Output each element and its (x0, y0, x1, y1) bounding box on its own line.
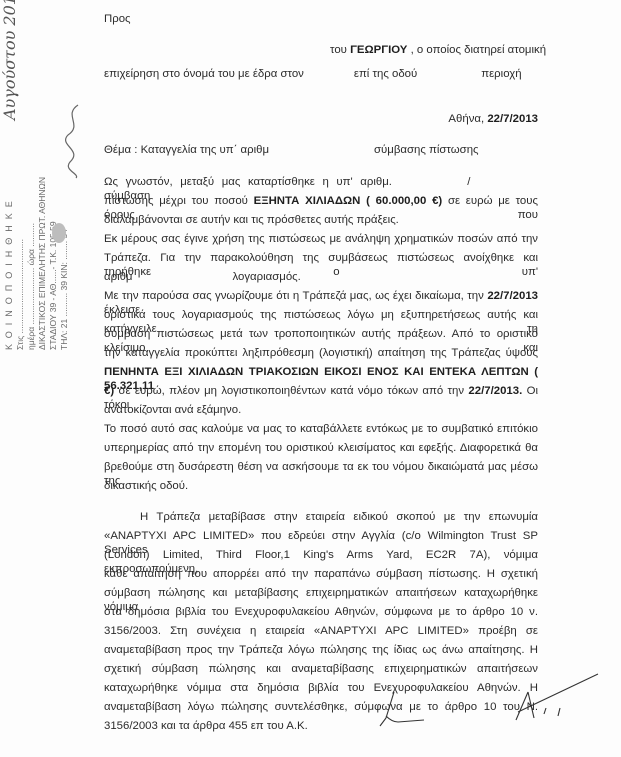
stamp-row-time: ημέρα ........................ ώρα .....… (26, 60, 37, 350)
p5-line-11: αναμεταβίβαση λόγω πώλησης συντελέσθηκε,… (104, 700, 538, 714)
p5-line-12: 3156/2003 και τα άρθρα 455 επ του Α.Κ. (104, 719, 538, 733)
signature-2-icon (500, 672, 610, 722)
document-page: ΚΟΙΝΟΠΟΙΗΘΗΚΕ Στις .....................… (0, 0, 621, 757)
stamp-signature-icon (58, 100, 88, 180)
addressee-father-name: ΓΕΩΡΓΙΟΥ (350, 44, 407, 56)
p2-line-1: Εκ μέρους σας έγινε χρήση της πιστώσεως … (104, 232, 538, 246)
addressee-line-2: επιχείρηση στο όνομά του με έδρα στονεπί… (104, 67, 538, 81)
p5-line-6: στα δημόσια βιβλία του Ενεχυροφυλακείου … (104, 605, 538, 619)
p5-line-7: 3156/2003. Στη συνέχεια η εταιρεία «ANAP… (104, 624, 538, 638)
letter-date: 22/7/2013 (487, 113, 538, 125)
p2-line-3: αριθμλογαριασμός. (104, 270, 538, 284)
addressee-line-1: του ΓΕΩΡΓΙΟΥ , ο οποίος διατηρεί ατομική (330, 43, 538, 57)
credit-amount: ΕΞΗΝΤΑ ΧΙΛΙΑΔΩΝ ( 60.000,00 €) (254, 195, 443, 207)
p4-line-2: υπερημερίας από την επομένη του οριστικο… (104, 441, 538, 455)
p1-line-3: διαλαμβάνονται σε αυτήν και τις πρόσθετε… (104, 213, 538, 227)
handwritten-date: Αυγούστου 2013 (0, 0, 19, 120)
p3-line-7: ανατοκίζονται ανά εξάμηνο. (104, 403, 538, 417)
p4-line-1: Το ποσό αυτό σας καλούμε να μας το καταβ… (104, 422, 538, 436)
p5-line-8: αναμεταβίβαση προς την Τράπεζα λόγω πώλη… (104, 643, 538, 657)
signature-1-icon (372, 688, 432, 728)
p3-line-4: την καταγγελία προκύπτει ληξιπρόθεσμη (λ… (104, 346, 538, 360)
stamp-ink-blot (52, 223, 66, 243)
subject-line: Θέμα : Καταγγελία της υπ΄ αριθμσύμβασης … (104, 143, 538, 157)
place-date: Αθήνα, 22/7/2013 (104, 112, 538, 126)
p5-line-9: σχετική σύμβαση πώλησης και αναμεταβίβασ… (104, 662, 538, 676)
stamp-row-officer: ΔΙΚΑΣΤΙΚΟΣ ΕΠΙΜΕΛΗΤΗΣ ΠΡΩΤ. ΑΘΗΝΩΝ (37, 60, 48, 350)
p5-line-10: καταχωρήθηκε νόμιμα στα δημόσια βιβλία τ… (104, 681, 538, 695)
p4-line-4: δικαστικής οδού. (104, 479, 538, 493)
p5-line-4: κάθε απαίτηση που απορρέει από την παραπ… (104, 567, 538, 581)
recipient-label: Προς (104, 12, 538, 26)
p5-line-1: Η Τράπεζα μεταβίβασε στην εταιρεία ειδικ… (140, 510, 538, 524)
